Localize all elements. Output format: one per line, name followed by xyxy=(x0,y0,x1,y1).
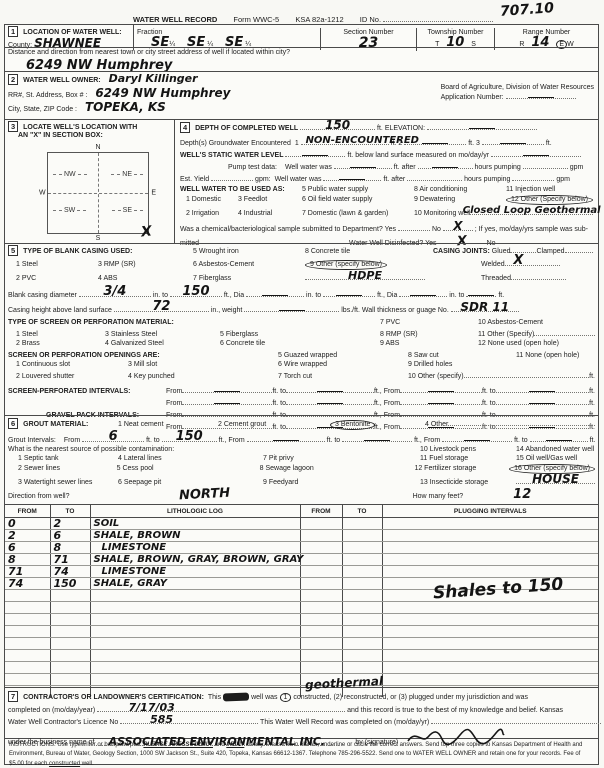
diameter-into-label: in. to xyxy=(153,292,168,299)
ft-label-2: ft. xyxy=(498,292,504,299)
cert-options-rest: (2) reconstructed, or (3) plugged under … xyxy=(333,694,528,701)
static-level-label: WELL'S STATIC WATER LEVEL xyxy=(180,152,284,159)
joints-glued-label: Glued xyxy=(492,248,511,255)
groundwater-1: 1 xyxy=(295,140,299,147)
form-title: WATER WELL RECORD xyxy=(133,15,217,24)
ft-to-label: ft. to xyxy=(482,388,496,395)
agency-name: Board of Agriculture, Division of Water … xyxy=(441,84,594,91)
ft-dia-label-1: ft., Dia xyxy=(224,292,244,299)
grout-to-value: 150 xyxy=(176,430,203,443)
source-livestock: 10 Livestock pens xyxy=(420,446,516,453)
joints-clamped-blank xyxy=(565,245,593,253)
casing-other-value: HDPE xyxy=(348,270,382,281)
section-6-grout: 6 GROUT MATERIAL: 1 Neat cement 2 Cement… xyxy=(5,415,598,504)
est-gpm-label: gpm: xyxy=(255,176,271,183)
pump-pumping-label: hours pumping xyxy=(475,164,521,171)
log-from: 74 xyxy=(8,577,23,590)
application-number-blank: — xyxy=(506,91,576,99)
log-row: 7174LIMESTONE xyxy=(5,566,598,578)
use-feedlot: 3 Feedlot xyxy=(238,196,302,203)
grout-bentonite-circled: 3 Bentonite xyxy=(330,420,375,430)
diameter-depth-blank: 150 xyxy=(170,289,222,297)
cert-constructed: constructed, xyxy=(293,694,331,701)
pump-gpm-label: gpm xyxy=(570,164,584,171)
joints-clamped-label: Clamped xyxy=(536,248,564,255)
log-row-empty xyxy=(5,638,598,650)
pump-test-label: Pump test data: xyxy=(228,164,277,171)
source-seepage: 6 Seepage pit xyxy=(118,479,263,486)
record-completed-blank xyxy=(431,716,601,724)
log-row: 26SHALE, BROWN xyxy=(5,530,598,542)
pump-level-blank: — xyxy=(334,161,392,169)
col-to-1: TO xyxy=(50,505,90,518)
ft-label: ft. xyxy=(589,388,595,395)
opening-other-blank xyxy=(464,370,590,378)
certification-title: CONTRACTOR'S OR LANDOWNER'S CERTIFICATIO… xyxy=(23,694,204,701)
screen-stainless: 3 Stainless Steel xyxy=(105,331,220,338)
ft-to-label: ft. to xyxy=(272,388,286,395)
casing-asbestos: 6 Asbestos-Cement xyxy=(193,261,305,268)
grout-title: GROUT MATERIAL: xyxy=(23,421,88,428)
map-east-label: E xyxy=(151,190,156,197)
casing-abs: 4 ABS xyxy=(98,275,193,282)
pump-after-label: ft. after xyxy=(394,164,416,171)
opening-guazed: 5 Guazed wrapped xyxy=(278,352,408,359)
pump-gpm-blank xyxy=(523,161,568,169)
est-well-water-label: Well water was xyxy=(275,176,322,183)
in-weight-label: in., weight xyxy=(211,307,243,314)
screen-steel: 1 Steel xyxy=(8,331,105,338)
locate-title-1: LOCATE WELL'S LOCATION WITH xyxy=(23,124,137,131)
spi-blank-2: — xyxy=(286,385,374,393)
source-fertilizer: 12 Fertilizer storage xyxy=(414,465,509,472)
groundwater-value: NON-ENCOUNTERED xyxy=(306,136,419,146)
use-other-blank: Closed Loop Geothermal xyxy=(470,207,593,215)
instructions-p3: well. xyxy=(82,761,94,767)
source-watertight: 3 Watertight sewer lines xyxy=(8,479,118,486)
elevation-label: ft. ELEVATION: xyxy=(377,125,425,132)
owner-name: Daryl Killinger xyxy=(109,72,198,85)
dia2-depth-blank: — xyxy=(323,289,375,297)
casing-fiberglass: 7 Fiberglass xyxy=(193,275,305,282)
use-dewatering: 9 Dewatering xyxy=(414,196,506,203)
map-west-label: W xyxy=(39,190,46,197)
est-pumping-label: hours pumping xyxy=(464,176,510,183)
est-gpm-blank xyxy=(512,173,554,181)
ft-label: ft. xyxy=(546,140,552,147)
joints-welded-blank: X xyxy=(505,258,560,266)
opening-key-punched: 4 Key punched xyxy=(128,373,278,380)
log-row-empty xyxy=(5,626,598,638)
map-nw-label: NW xyxy=(51,171,89,178)
static-date-blank: — xyxy=(491,149,581,157)
log-row-empty xyxy=(5,662,598,674)
log-row-empty xyxy=(5,614,598,626)
groundwater-label: Depth(s) Groundwater Encountered xyxy=(180,140,291,147)
grout-blank-3b: — xyxy=(530,434,588,442)
agency-block: Board of Agriculture, Division of Water … xyxy=(441,84,594,101)
section-7-certification: geothermal 7 CONTRACTOR'S OR LANDOWNER'S… xyxy=(5,687,598,738)
section-5-casing: 5 TYPE OF BLANK CASING USED: 5 Wrought i… xyxy=(5,243,598,415)
source-sewer: 2 Sewer lines xyxy=(8,465,117,472)
section-3-number: 3 xyxy=(8,121,18,132)
wall-thickness-label: lbs./ft. Wall thickness or guage No. xyxy=(341,307,449,314)
screen-concrete: 6 Concrete tile xyxy=(220,340,380,347)
from-label: From xyxy=(166,400,182,407)
source-fuel: 11 Fuel storage xyxy=(420,455,516,462)
log-desc: SHALE, BROWN, GRAY, BROWN, GRAY xyxy=(94,554,304,565)
grout-other: 4 Other xyxy=(425,421,448,428)
opening-continuous: 1 Continuous slot xyxy=(8,361,128,368)
source-lateral: 4 Lateral lines xyxy=(118,455,263,462)
casing-other-blank: HDPE xyxy=(305,272,425,280)
log-desc: SHALE, GRAY xyxy=(94,578,168,589)
casing-height-value: 72 xyxy=(152,300,170,313)
source-cess-pool: 5 Cess pool xyxy=(117,465,260,472)
into-label-2: in. to xyxy=(306,292,321,299)
completed-on-label: completed on (mo/day/year) xyxy=(8,707,95,714)
diameter-blank: 3/4 xyxy=(79,289,151,297)
spi-blank-7: — xyxy=(400,397,482,405)
section-6-number: 6 xyxy=(8,418,18,429)
diameter-value: 3/4 xyxy=(103,285,126,298)
from-label: From xyxy=(64,437,80,444)
cert-well-was: well was xyxy=(251,694,277,701)
dia3-depth-blank: — xyxy=(466,289,496,297)
use-domestic-lawn: 7 Domestic (lawn & garden) xyxy=(302,210,414,217)
est-hours-blank xyxy=(407,173,462,181)
direction-value: NORTH xyxy=(179,487,231,503)
ft-from-label: ft., From xyxy=(374,388,400,395)
joints-glued-blank xyxy=(510,245,536,253)
screen-other: 11 Other (Specify) xyxy=(478,331,534,338)
sample-tail: ; If yes, mo/day/yrs sample was sub- xyxy=(475,226,588,233)
ft-to-label: ft. to xyxy=(272,400,286,407)
licence-value: 585 xyxy=(150,714,173,725)
groundwater-ft3: ft. 3 xyxy=(468,140,480,147)
pump-hours-blank: — xyxy=(418,161,473,169)
source-insecticide: 13 Insecticide storage xyxy=(420,479,516,486)
business-name-blank: ASSOCIATED ENVIRONMENTAL INC. xyxy=(94,735,339,746)
into-label-3: in. to xyxy=(449,292,464,299)
groundwater-blank-1: NON-ENCOUNTERED xyxy=(301,137,389,145)
map-sw-label: SW xyxy=(51,207,88,214)
elevation-blank: — xyxy=(427,122,537,130)
opening-drilled: 9 Drilled holes xyxy=(408,361,452,368)
groundwater-blank-3: — xyxy=(482,137,544,145)
opening-other: 10 Other (specify) xyxy=(408,373,464,380)
source-other-value: HOUSE xyxy=(532,473,579,485)
source-pit-privy: 7 Pit privy xyxy=(263,455,420,462)
depth-label: DEPTH OF COMPLETED WELL xyxy=(195,125,298,132)
screen-none: 12 None used (open hole) xyxy=(478,340,559,347)
section-3-locate: 3 LOCATE WELL'S LOCATION WITH AN "X" IN … xyxy=(5,120,175,243)
ft-to-label: ft. to xyxy=(327,437,341,444)
instructions-constructed: constructed xyxy=(49,761,80,767)
log-desc: SHALE, BROWN xyxy=(94,530,181,541)
use-other-value: Closed Loop Geothermal xyxy=(463,206,601,216)
casing-joints-label: CASING JOINTS: xyxy=(433,248,490,255)
hw-id-number: 707.10 xyxy=(500,1,555,19)
ft-dia-label-2: ft., Dia xyxy=(377,292,397,299)
grout-intervals-label: Grout Intervals: xyxy=(8,437,56,444)
ft-to-label: ft. to xyxy=(482,400,496,407)
use-oil-field: 6 Oil field water supply xyxy=(302,196,414,203)
use-domestic: 1 Domestic xyxy=(180,196,238,203)
opening-torch-cut: 7 Torch cut xyxy=(278,373,408,380)
section-5-number: 5 xyxy=(8,245,18,256)
screen-material-title: TYPE OF SCREEN OR PERFORATION MATERIAL: xyxy=(8,319,380,326)
casing-wrought-iron: 5 Wrought iron xyxy=(193,248,305,255)
casing-concrete-tile: 8 Concrete tile xyxy=(305,248,433,255)
ft-from-label: ft., From xyxy=(374,400,400,407)
distance-question: Distance and direction from nearest town… xyxy=(5,47,598,58)
casing-height-label: Casing height above land surface xyxy=(8,307,112,314)
contamination-question: What is the nearest source of possible c… xyxy=(8,446,420,453)
screen-asbestos: 10 Asbestos-Cement xyxy=(478,319,543,326)
est-yield-blank xyxy=(211,173,253,181)
sample-no-blank: X xyxy=(443,223,473,231)
sample-question: Was a chemical/bacteriological sample su… xyxy=(180,226,396,233)
gauge-value: SDR 11 xyxy=(460,301,509,313)
hw-sample-no-x: X xyxy=(453,220,462,232)
map-north-label: N xyxy=(95,144,100,151)
spi-label: SCREEN-PERFORATED INTERVALS: xyxy=(8,388,166,395)
section-1-title: LOCATION OF WATER WELL: xyxy=(23,29,122,36)
casing-steel: 1 Steel xyxy=(8,261,98,268)
grout-blank-3a: — xyxy=(442,434,512,442)
log-row-empty xyxy=(5,650,598,662)
screen-brass: 2 Brass xyxy=(8,340,105,347)
col-plugging: PLUGGING INTERVALS xyxy=(382,505,598,518)
joints-threaded-label: Threaded xyxy=(481,275,511,282)
log-row-empty xyxy=(5,674,598,686)
static-level-mid: ft. below land surface measured on mo/da… xyxy=(347,152,489,159)
opening-wire-wrapped: 6 Wire wrapped xyxy=(278,361,408,368)
business-name-label: under the business name of xyxy=(8,739,94,746)
ft-from-label: ft., From xyxy=(219,437,245,444)
spi-blank-5: — xyxy=(182,397,272,405)
section-1-number: 1 xyxy=(8,26,18,37)
col-lithologic: LITHOLOGIC LOG xyxy=(90,505,300,518)
ft-to-label: ft. to xyxy=(514,437,528,444)
use-public-supply: 5 Public water supply xyxy=(302,186,414,193)
log-desc: LIMESTONE xyxy=(102,542,167,553)
scratched-out-word xyxy=(223,693,249,702)
locate-title-2: AN "X" IN SECTION BOX: xyxy=(18,132,103,139)
use-industrial: 4 Industrial xyxy=(238,210,302,217)
water-well-record-form: WATER WELL RECORD Form WWC-5 KSA 82a-121… xyxy=(0,0,604,768)
log-row: 02SOIL xyxy=(5,518,598,530)
section-2-owner: 2 WATER WELL OWNER: Daryl Killinger RR#,… xyxy=(5,71,598,119)
depth-blank: 150 xyxy=(300,122,375,130)
licence-label: Water Well Contractor's Licence No xyxy=(8,719,118,726)
application-number-label: Application Number: xyxy=(441,94,504,101)
log-desc: LIMESTONE xyxy=(102,566,167,577)
est-yield-label: Est. Yield xyxy=(180,176,209,183)
casing-rmp: 3 RMP (SR) xyxy=(98,261,193,268)
opening-louvered: 2 Louvered shutter xyxy=(8,373,128,380)
col-to-2: TO xyxy=(342,505,382,518)
section-2-number: 2 xyxy=(8,74,18,85)
grout-cement-grout: 2 Cement grout xyxy=(218,421,330,428)
hw-welded-x: X xyxy=(513,254,523,267)
sample-yes-blank xyxy=(398,223,430,231)
screen-rmp: 8 RMP (SR) xyxy=(380,331,478,338)
hw-well-location-x: X xyxy=(141,224,153,239)
grout-neat-cement: 1 Neat cement xyxy=(118,421,218,428)
cert-tail: and this record is true to the best of m… xyxy=(347,707,563,714)
owner-address-label: RR#, St. Address, Box # : xyxy=(8,92,87,99)
source-oil-gas: 15 Oil well/Gas well xyxy=(516,455,577,462)
feet-question: How many feet? xyxy=(413,493,464,500)
used-as-label: WELL WATER TO BE USED AS: xyxy=(180,186,302,193)
completed-date-blank: 7/17/03 xyxy=(97,704,345,712)
pump-well-water-label: Well water was xyxy=(285,164,332,171)
source-abandoned-well: 14 Abandoned water well xyxy=(516,446,594,453)
ft-from-label-2: ft., From xyxy=(414,437,440,444)
owner-city-label: City, State, ZIP Code : xyxy=(8,106,77,113)
owner-title: WATER WELL OWNER: xyxy=(23,77,101,84)
screen-other-blank xyxy=(534,328,595,336)
section-4-well: 4 DEPTH OF COMPLETED WELL 150 ft. ELEVAT… xyxy=(175,120,598,243)
casing-pvc: 2 PVC xyxy=(8,275,98,282)
licence-blank: 585 xyxy=(120,716,258,724)
use-air-conditioning: 8 Air conditioning xyxy=(414,186,506,193)
joints-welded-label: Welded xyxy=(481,261,505,268)
form-number: Form WWC-5 xyxy=(233,15,279,24)
sample-no-label: No xyxy=(432,226,441,233)
section-7-number: 7 xyxy=(8,691,18,702)
screen-abs: 9 ABS xyxy=(380,340,478,347)
casing-height-blank: 72 xyxy=(114,304,209,312)
business-name-value: ASSOCIATED ENVIRONMENTAL INC. xyxy=(109,736,326,747)
owner-city-value: TOPEKA, KS xyxy=(85,100,166,114)
est-after-label: ft. after xyxy=(383,176,405,183)
section-3-4: 3 LOCATE WELL'S LOCATION WITH AN "X" IN … xyxy=(5,119,598,243)
map-south-label: S xyxy=(96,235,101,242)
opening-mill-slot: 3 Mill slot xyxy=(128,361,278,368)
section-map-box: N S W E NW NE SW SE X xyxy=(47,152,149,234)
dia2-blank: — xyxy=(246,289,304,297)
map-ne-label: NE xyxy=(109,171,145,178)
cert-option-1-circled: 1 xyxy=(280,693,292,702)
ft-label: ft. xyxy=(590,437,596,444)
col-from-2: FROM xyxy=(300,505,342,518)
ft-label: ft. xyxy=(589,400,595,407)
use-irrigation: 2 Irrigation xyxy=(180,210,238,217)
source-septic: 1 Septic tank xyxy=(8,455,118,462)
spi-blank-8: — xyxy=(496,397,590,405)
weight-blank: — xyxy=(244,304,339,312)
est-level-blank: — xyxy=(323,173,381,181)
log-row-empty xyxy=(5,602,598,614)
log-row: 871SHALE, BROWN, GRAY, BROWN, GRAY xyxy=(5,554,598,566)
id-number-label: ID No. xyxy=(360,15,381,24)
grout-from-value: 6 xyxy=(109,430,118,443)
feet-value: 12 xyxy=(513,488,531,501)
id-number-blank xyxy=(383,14,493,22)
grout-blank-2b: — xyxy=(342,434,412,442)
static-level-blank: — xyxy=(285,149,345,157)
grout-blank-2a: — xyxy=(247,434,325,442)
col-from-1: FROM xyxy=(5,505,50,518)
depth-value: 150 xyxy=(325,119,350,131)
source-sewage-lagoon: 8 Sewage lagoon xyxy=(260,465,415,472)
groundwater-blank-2: — xyxy=(404,137,466,145)
casing-title: TYPE OF BLANK CASING USED: xyxy=(23,248,132,255)
cert-this: This xyxy=(208,694,221,701)
screen-pvc: 7 PVC xyxy=(380,319,478,326)
owner-address-value: 6249 NW Humphrey xyxy=(95,86,230,100)
openings-title: SCREEN OR PERFORATION OPENINGS ARE: xyxy=(8,352,278,359)
map-horizontal-divider xyxy=(48,193,148,194)
log-desc: SOIL xyxy=(94,518,120,529)
est-gpm2-label: gpm xyxy=(556,176,570,183)
ft-label-3: ft. xyxy=(589,373,595,380)
screen-galvanized: 4 Galvanized Steel xyxy=(105,340,220,347)
log-row: 68LIMESTONE xyxy=(5,542,598,554)
use-injection: 11 Injection well xyxy=(506,186,555,193)
use-other-circled: 12 Other (Specify below) xyxy=(506,195,593,205)
gauge-blank: SDR 11 xyxy=(451,304,519,312)
spi-blank-3: — xyxy=(400,385,482,393)
grout-from-blank: 6 xyxy=(82,434,144,442)
grout-other-blank xyxy=(448,418,595,426)
completed-date-value: 7/17/03 xyxy=(129,702,175,713)
spi-blank-4: — xyxy=(496,385,590,393)
opening-saw-cut: 8 Saw cut xyxy=(408,352,516,359)
direction-question: Direction from well? xyxy=(8,493,69,500)
dia3-blank: — xyxy=(399,289,447,297)
hw-geothermal: geothermal xyxy=(305,675,384,691)
opening-none: 11 None (open hole) xyxy=(516,352,579,359)
joints-threaded-blank xyxy=(511,272,566,280)
diameter-depth-value: 150 xyxy=(182,285,209,298)
spi-blank-6: — xyxy=(286,397,374,405)
screen-fiberglass: 5 Fiberglass xyxy=(220,331,380,338)
ft-to-label: ft. to xyxy=(146,437,160,444)
section-1-location: 1 LOCATION OF WATER WELL: County: SHAWNE… xyxy=(5,25,598,71)
source-feedyard: 9 Feedyard xyxy=(263,479,420,486)
spi-blank-1: — xyxy=(182,385,272,393)
form-body: 1 LOCATION OF WATER WELL: County: SHAWNE… xyxy=(4,24,599,765)
log-to: 150 xyxy=(54,577,77,590)
section-4-number: 4 xyxy=(180,122,190,133)
from-label: From xyxy=(166,388,182,395)
grout-to-blank: 150 xyxy=(162,434,217,442)
signature-label: by (signature) xyxy=(355,739,398,746)
signature xyxy=(406,728,506,746)
lithologic-table: FROM TO LITHOLOGIC LOG FROM TO PLUGGING … xyxy=(5,504,598,687)
form-ksa: KSA 82a-1212 xyxy=(295,15,343,24)
source-other-blank: HOUSE xyxy=(516,476,595,484)
record-completed-label: This Water Well Record was completed on … xyxy=(260,719,429,726)
casing-diameter-label: Blank casing diameter xyxy=(8,292,77,299)
map-se-label: SE xyxy=(110,207,145,214)
